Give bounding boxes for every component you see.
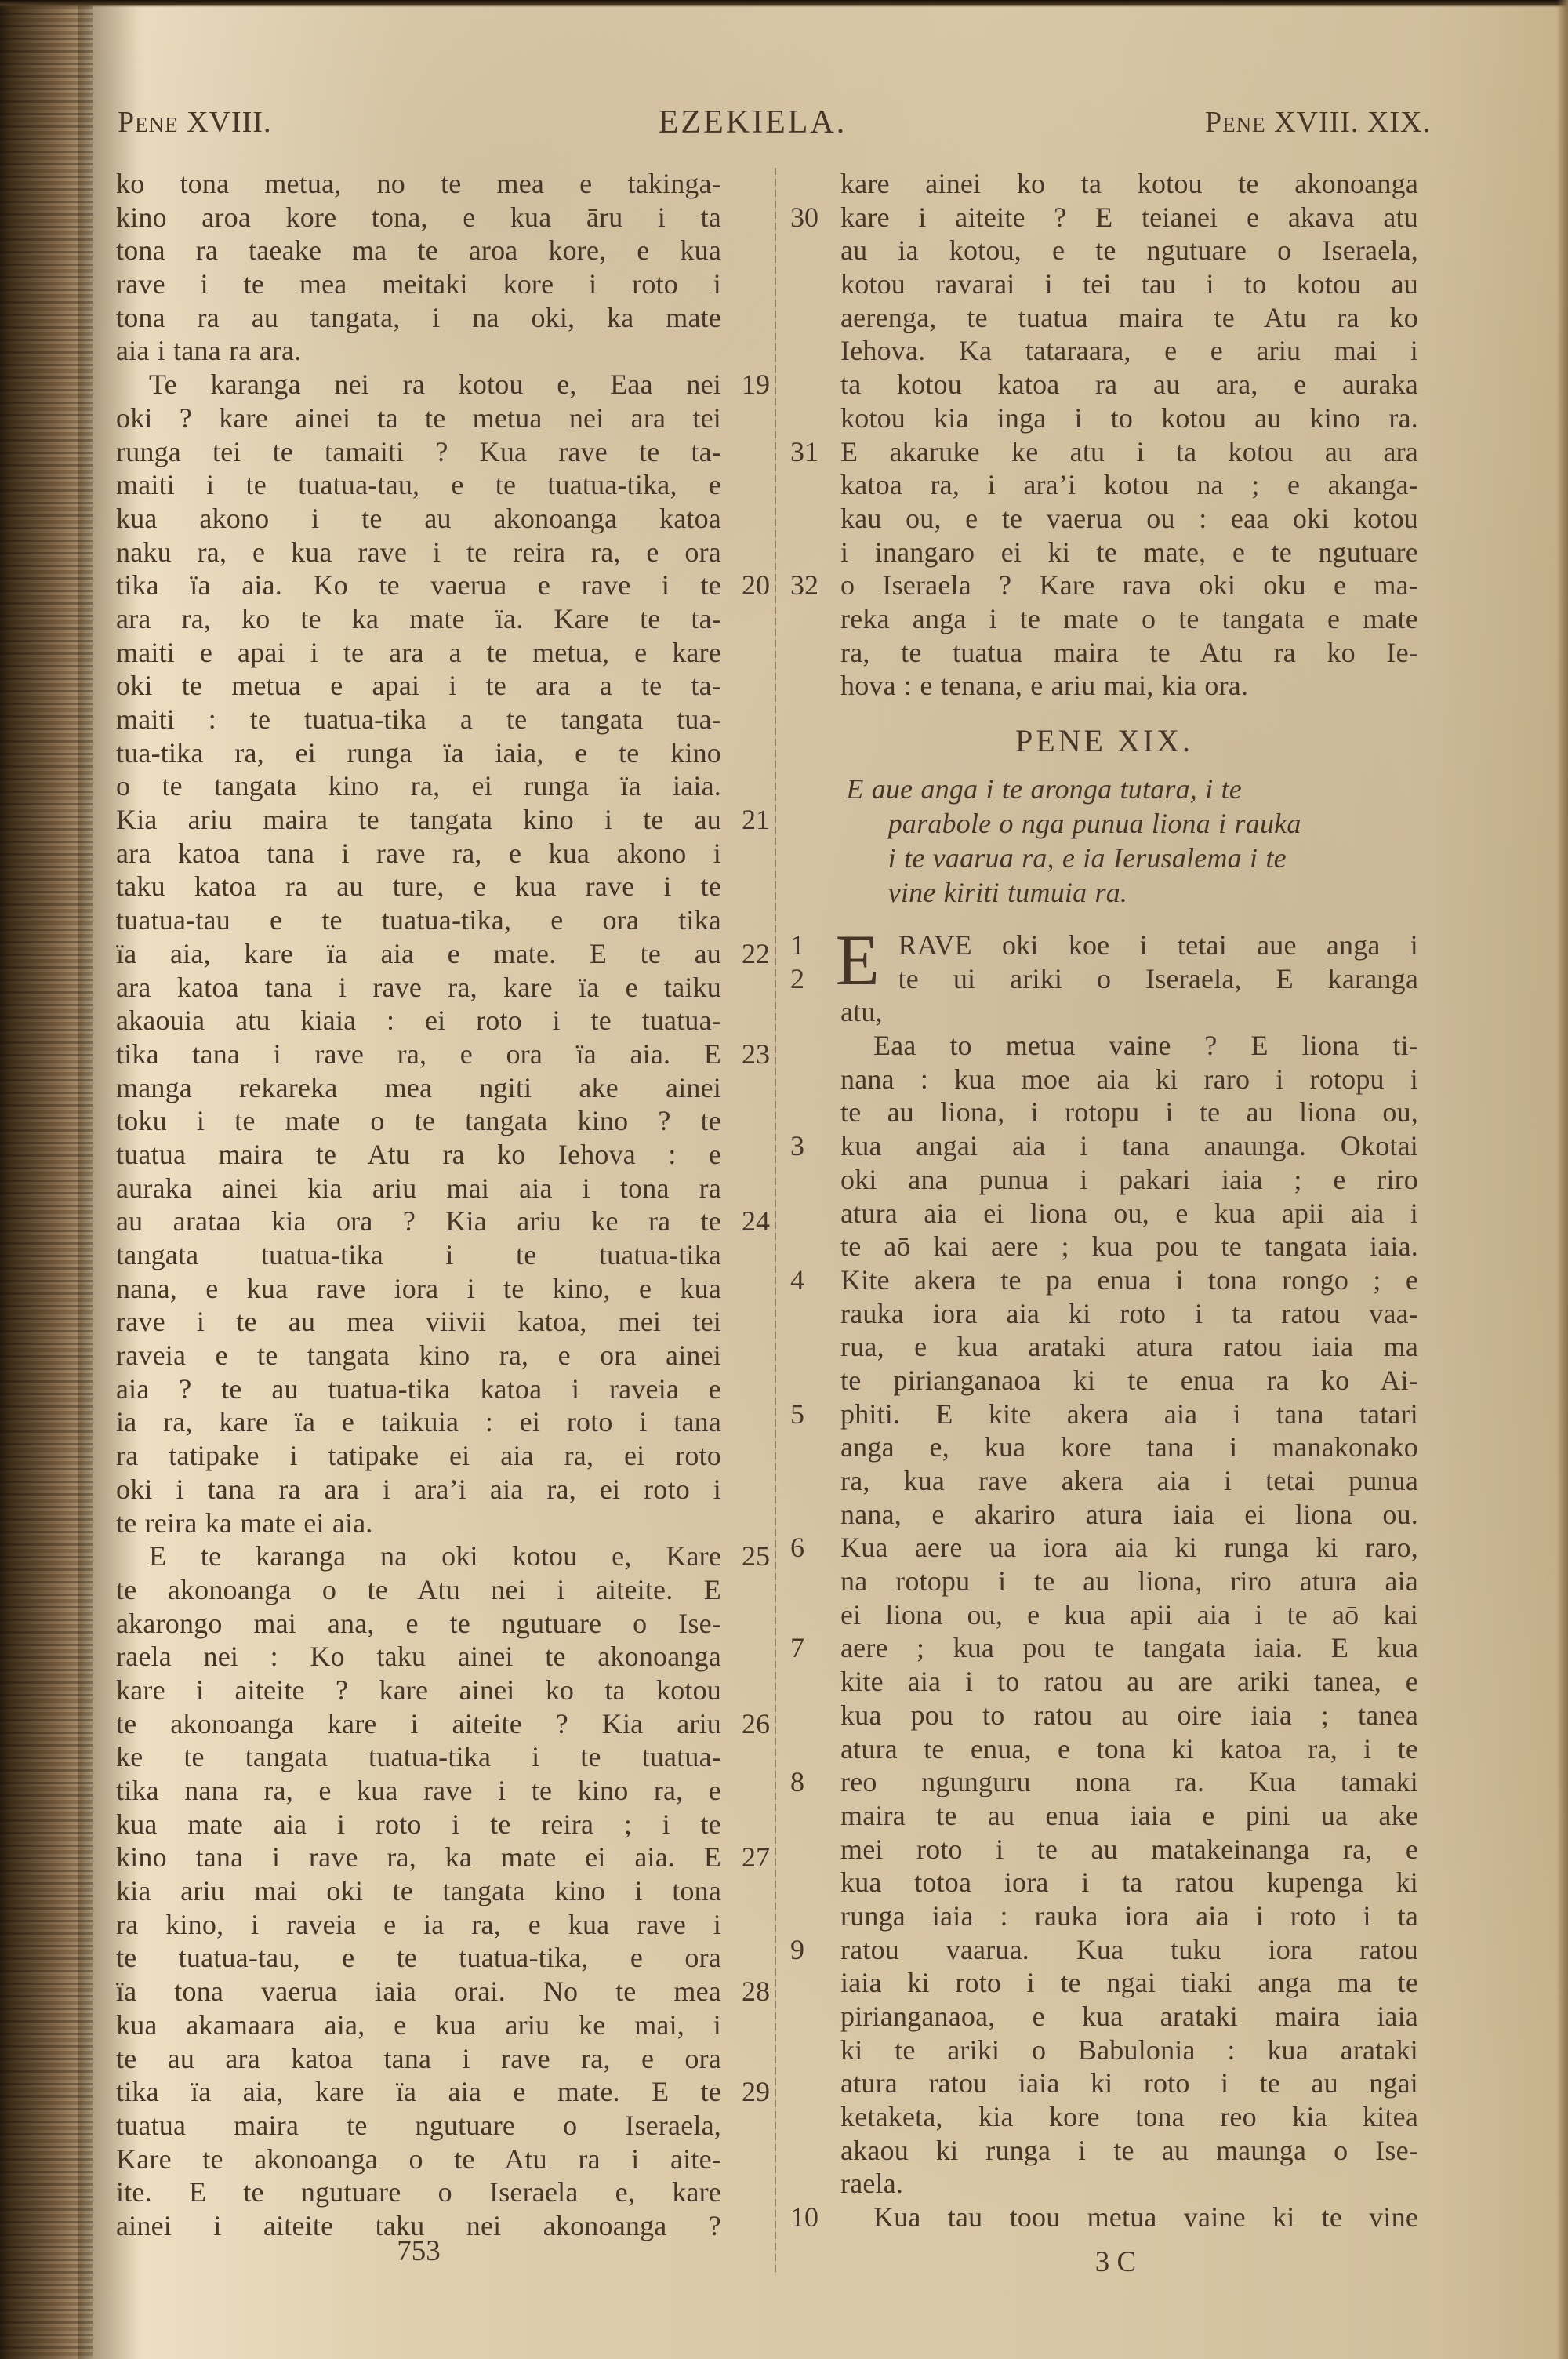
verse-text: nana, e kua rave iora i te kino, e kua (116, 1272, 721, 1306)
text-line: maiti e apai i te ara a te metua, e kare (116, 636, 770, 670)
text-line: Iehova. Ka tataraara, e e ariu mai i (790, 334, 1418, 368)
verse-text: tuatua maira te Atu ra ko Iehova : e (116, 1138, 721, 1172)
text-line: 31E akaruke ke atu i ta kotou au ara (790, 435, 1418, 469)
text-line: oki i tana ra ara i ara’i aia ra, ei rot… (116, 1473, 770, 1507)
running-head-left: Pene XVIII. (118, 102, 271, 143)
text-line: raveia e te tangata kino ra, e ora ainei (116, 1339, 770, 1372)
verse-text: ïa tona vaerua iaia orai. No te mea (116, 1975, 721, 2008)
verse-number (721, 1439, 770, 1473)
column-divider-rule (775, 168, 776, 2276)
verse-text: kino tana i rave ra, ka mate ei aia. E (116, 1841, 721, 1874)
text-line: raela. (790, 2167, 1418, 2201)
verse-number (790, 1330, 840, 1364)
verse-number (790, 234, 840, 267)
verse-number (721, 669, 770, 703)
verse-number (721, 267, 770, 301)
verse-text: ite. E te ngutuare o Iseraela e, kare (116, 2175, 721, 2209)
verse-text: kare i aiteite ? kare ainei ko ta kotou (116, 1674, 721, 1707)
verse-number (790, 402, 840, 435)
spacer (790, 910, 1418, 929)
text-line: parabole o nga punua liona i rauka (790, 806, 1418, 841)
text-line: tika tana i rave ra, e ora ïa aia. E23 (116, 1038, 770, 1071)
text-line: ara katoa tana i rave ra, kare ïa e taik… (116, 971, 770, 1005)
text-line: te tuatua-tau, e te tuatua-tika, e ora (116, 1941, 770, 1975)
verse-text: tangata tuatua-tika i te tuatua-tika (116, 1238, 721, 1272)
text-line: 32o Iseraela ? Kare rava oki oku e ma- (790, 569, 1418, 602)
verse-number (721, 334, 770, 368)
verse-number: 7 (790, 1631, 840, 1665)
verse-text: maiti : te tuatua-tika a te tangata tua- (116, 703, 721, 736)
verse-text: kotou ravarai i tei tau i to kotou au (840, 267, 1418, 301)
verse-text: Kare te akonoanga o te Atu ra i aite- (116, 2143, 721, 2176)
text-line: 6Kua aere ua iora aia ki runga ki raro, (790, 1531, 1418, 1565)
text-line: kia ariu mai oki te tangata kino i tona (116, 1874, 770, 1908)
text-line: ra kino, i raveia e ia ra, e kua rave i (116, 1908, 770, 1942)
verse-number: 3 (790, 1129, 840, 1163)
verse-text: i inangaro ei ki te mate, e te ngutuare (840, 536, 1418, 569)
text-line: 5phiti. E kite akera aia i tana tatari (790, 1398, 1418, 1431)
verse-text: Kua aere ua iora aia ki runga ki raro, (840, 1531, 1418, 1565)
text-line: 30kare i aiteite ? E teianei e akava atu (790, 201, 1418, 234)
verse-text: ara katoa tana i rave ra, e kua akono i (116, 837, 721, 871)
verse-text: ketaketa, kia kore tona reo kia kitea (840, 2100, 1418, 2134)
verse-number (790, 2000, 840, 2034)
verse-number (790, 1297, 840, 1331)
text-line: runga iaia : rauka iora aia i roto i ta (790, 1899, 1418, 1933)
verse-text: na rotopu i te au liona, riro atura aia (840, 1565, 1418, 1598)
verse-number (721, 167, 770, 201)
verse-text: te akonoanga o te Atu nei i aiteite. E (116, 1573, 721, 1607)
text-line: rauka iora aia ki roto i ta ratou vaa- (790, 1297, 1418, 1331)
text-line: te akonoanga o te Atu nei i aiteite. E (116, 1573, 770, 1607)
text-line: Kare te akonoanga o te Atu ra i aite- (116, 2143, 770, 2176)
verse-number: 21 (721, 803, 770, 837)
verse-number (721, 769, 770, 803)
verse-text: ra tatipake i tatipake ei aia ra, ei rot… (116, 1439, 721, 1473)
verse-text: maiti i te tuatua-tau, e te tuatua-tika,… (116, 468, 721, 502)
verse-text: kia ariu mai oki te tangata kino i tona (116, 1874, 721, 1908)
verse-number: 23 (721, 1038, 770, 1071)
verse-number: 31 (790, 435, 840, 469)
verse-text: atura ratou iaia ki roto i te au ngai (840, 2066, 1418, 2100)
verse-number (790, 536, 840, 569)
verse-number (721, 2008, 770, 2042)
verse-text: te au liona, i rotopu i te au liona ou, (840, 1096, 1418, 1129)
verse-text: E akaruke ke atu i ta kotou au ara (840, 435, 1418, 469)
verse-text: aia i tana ra ara. (116, 334, 721, 368)
text-line: runga tei te tamaiti ? Kua rave te ta- (116, 435, 770, 469)
text-line: nana, e akariro atura iaia ei liona ou. (790, 1498, 1418, 1532)
verse-number (790, 1799, 840, 1833)
verse-number (721, 1473, 770, 1507)
verse-number (790, 468, 840, 502)
verse-text: rauka iora aia ki roto i ta ratou vaa- (840, 1297, 1418, 1331)
text-line: tona ra taeake ma te aroa kore, e kua (116, 234, 770, 267)
verse-number (790, 1163, 840, 1197)
verse-number (721, 703, 770, 736)
text-line: manga rekareka mea ngiti ake ainei (116, 1071, 770, 1105)
text-line: tuatua-tau e te tuatua-tika, e ora tika (116, 903, 770, 937)
verse-number (790, 806, 837, 841)
verse-text: kino aroa kore tona, e kua āru i ta (116, 201, 721, 234)
verse-number (721, 468, 770, 502)
text-line: au ia kotou, e te ngutuare o Iseraela, (790, 234, 1418, 267)
verse-number (721, 402, 770, 435)
verse-text: nana, e akariro atura iaia ei liona ou. (840, 1498, 1418, 1532)
verse-text: te akonoanga kare i aiteite ? Kia ariu (116, 1707, 721, 1741)
verse-number (790, 1464, 840, 1498)
verse-number (721, 1908, 770, 1942)
text-line: aerenga, te tuatua maira te Atu ra ko (790, 301, 1418, 335)
text-line: kare ainei ko ta kotou te akonoanga (790, 167, 1418, 201)
text-line: atura aia ei liona ou, e kua apii aia i (790, 1197, 1418, 1230)
verse-text: o te tangata kino ra, ei runga ïa iaia. (116, 769, 721, 803)
verse-text: ara katoa tana i rave ra, kare ïa e taik… (116, 971, 721, 1005)
text-line: pirianganaoa, e kua arataki maira iaia (790, 2000, 1418, 2034)
verse-number (790, 1197, 840, 1230)
verse-number (721, 201, 770, 234)
verse-text: au ia kotou, e te ngutuare o Iseraela, (840, 234, 1418, 267)
verse-number (721, 602, 770, 636)
verse-text: ra, te tuatua maira te Atu ra ko Ie- (840, 636, 1418, 670)
verse-number: 30 (790, 201, 840, 234)
verse-text: pirianganaoa, e kua arataki maira iaia (840, 2000, 1418, 2034)
verse-text: ïa aia, kare ïa aia e mate. E te au (116, 937, 721, 971)
verse-text: E aue anga i te aronga tutara, i te (840, 772, 1418, 806)
text-line: ïa aia, kare ïa aia e mate. E te au22 (116, 937, 770, 971)
verse-number (790, 368, 840, 402)
text-line: na rotopu i te au liona, riro atura aia (790, 1565, 1418, 1598)
verse-number (721, 1071, 770, 1105)
verse-text: kare i aiteite ? E teianei e akava atu (840, 201, 1418, 234)
verse-text: tua-tika ra, ei runga ïa iaia, e te kino (116, 736, 721, 770)
running-head-right: Pene XVIII. XIX. (937, 102, 1431, 143)
text-line: 1RAVE oki koe i tetai aue anga iE (790, 929, 1418, 962)
verse-number: 22 (721, 937, 770, 971)
text-line: oki ana punua i pakari iaia ; e riro (790, 1163, 1418, 1197)
verse-number (790, 1966, 840, 2000)
verse-number (790, 669, 840, 703)
verse-text: Kua tau toou metua vaine ki te vine (840, 2201, 1418, 2234)
verse-number (790, 875, 837, 910)
verse-text: ke te tangata tuatua-tika i te tuatua- (116, 1740, 721, 1774)
verse-number (790, 1866, 840, 1899)
verse-text: kite aia i to ratou au are ariki tanea, … (840, 1665, 1418, 1699)
text-line: oki te metua e apai i te ara a te ta- (116, 669, 770, 703)
text-line: E te karanga na oki kotou e, Kare25 (116, 1539, 770, 1573)
verse-number (790, 2167, 840, 2201)
verse-text: taku katoa ra au ture, e kua rave i te (116, 870, 721, 903)
text-line: te pirianganaoa ki te enua ra ko Ai- (790, 1364, 1418, 1398)
verse-number (721, 1272, 770, 1306)
verse-text: te pirianganaoa ki te enua ra ko Ai- (840, 1364, 1418, 1398)
verse-text: raela nei : Ko taku ainei te akonoanga (116, 1640, 721, 1674)
verse-text: runga iaia : rauka iora aia i roto i ta (840, 1899, 1418, 1933)
verse-number: 1 (790, 929, 836, 962)
text-line: hova : e tenana, e ariu mai, kia ora. (790, 669, 1418, 703)
text-line: ki te ariki o Babulonia : kua arataki (790, 2034, 1418, 2067)
verse-text: aia ? te au tuatua-tika katoa i raveia e (116, 1372, 721, 1406)
verse-number (790, 1565, 840, 1598)
verse-number (790, 2134, 840, 2168)
text-line: tika nana ra, e kua rave i te kino ra, e (116, 1774, 770, 1808)
verse-number (721, 1740, 770, 1774)
verse-text: atura aia ei liona ou, e kua apii aia i (840, 1197, 1418, 1230)
verse-text: kare ainei ko ta kotou te akonoanga (840, 167, 1418, 201)
verse-text: hova : e tenana, e ariu mai, kia ora. (840, 669, 1418, 703)
text-line: raela nei : Ko taku ainei te akonoanga (116, 1640, 770, 1674)
verse-number (721, 1004, 770, 1038)
verse-number (790, 167, 840, 201)
text-line: anga e, kua kore tana i manakonako (790, 1430, 1418, 1464)
verse-text: oki ana punua i pakari iaia ; e riro (840, 1163, 1418, 1197)
text-line: te au liona, i rotopu i te au liona ou, (790, 1096, 1418, 1129)
verse-text: iaia ki roto i te ngai tiaki anga ma te (840, 1966, 1418, 2000)
text-line: akaou ki runga i te au maunga o Ise- (790, 2134, 1418, 2168)
verse-number (721, 1941, 770, 1975)
verse-text: ara ra, ko te ka mate ïa. Kare te ta- (116, 602, 721, 636)
verse-number: 6 (790, 1531, 840, 1565)
text-line: ko tona metua, no te mea e takinga- (116, 167, 770, 201)
verse-number: 29 (721, 2075, 770, 2109)
verse-number (790, 841, 837, 875)
verse-text: kotou kia inga i to kotou au kino ra. (840, 402, 1418, 435)
text-line: kite aia i to ratou au are ariki tanea, … (790, 1665, 1418, 1699)
text-line: 2te ui ariki o Iseraela, E karanga (790, 962, 1418, 996)
text-line: Te karanga nei ra kotou e, Eaa nei19 (116, 368, 770, 402)
verse-text: atu, (840, 995, 1418, 1029)
text-line: mei roto i te au matakeinanga ra, e (790, 1833, 1418, 1866)
verse-text: ratou vaarua. Kua tuku iora ratou (840, 1933, 1418, 1967)
verse-text: nana : kua moe aia ki raro i rotopu i (840, 1063, 1418, 1096)
verse-number: 20 (721, 569, 770, 602)
text-line: 9ratou vaarua. Kua tuku iora ratou (790, 1933, 1418, 1967)
verse-text: maira te au enua iaia e pini ua ake (840, 1799, 1418, 1833)
verse-number (721, 435, 770, 469)
verse-text: ki te ariki o Babulonia : kua arataki (840, 2034, 1418, 2067)
text-line: atura te enua, e tona ki katoa ra, i te (790, 1732, 1418, 1766)
verse-text: aerenga, te tuatua maira te Atu ra ko (840, 301, 1418, 335)
text-line: kau ou, e te vaerua ou : eaa oki kotou (790, 502, 1418, 536)
verse-text: tuatua maira te ngutuare o Iseraela, (116, 2109, 721, 2143)
text-line: o te tangata kino ra, ei runga ïa iaia. (116, 769, 770, 803)
verse-number (790, 602, 840, 636)
text-line: 7aere ; kua pou te tangata iaia. E kua (790, 1631, 1418, 1665)
verse-text: Iehova. Ka tataraara, e e ariu mai i (840, 334, 1418, 368)
text-line: 8reo ngunguru nona ra. Kua tamaki (790, 1765, 1418, 1799)
text-line: iaia ki roto i te ngai tiaki anga ma te (790, 1966, 1418, 2000)
verse-text: tika ïa aia. Ko te vaerua e rave i te (116, 569, 721, 602)
verse-number (790, 1430, 840, 1464)
verse-number (721, 903, 770, 937)
text-line: tangata tuatua-tika i te tuatua-tika (116, 1238, 770, 1272)
verse-number: 8 (790, 1765, 840, 1799)
verse-number (721, 1238, 770, 1272)
verse-number: 32 (790, 569, 840, 602)
text-line: Eaa to metua vaine ? E liona ti- (790, 1029, 1418, 1063)
text-line: i inangaro ei ki te mate, e te ngutuare (790, 536, 1418, 569)
verse-text: tika ïa aia, kare ïa aia e mate. E te (116, 2075, 721, 2109)
verse-text: tuatua-tau e te tuatua-tika, e ora tika (116, 903, 721, 937)
verse-number (721, 1138, 770, 1172)
text-line: kotou ravarai i tei tau i to kotou au (790, 267, 1418, 301)
verse-text: rave i te au mea viivii katoa, mei tei (116, 1305, 721, 1339)
scan-top-edge (0, 0, 1568, 7)
verse-text: naku ra, e kua rave i te reira ra, e ora (116, 536, 721, 569)
text-line: ta kotou katoa ra au ara, e auraka (790, 368, 1418, 402)
scan-right-edge (1557, 0, 1568, 2359)
text-line: rave i te mea meitaki kore i roto i (116, 267, 770, 301)
verse-text: kua akamaara aia, e kua ariu ke mai, i (116, 2008, 721, 2042)
verse-text: reka anga i te mate o te tangata e mate (840, 602, 1418, 636)
verse-number: 4 (790, 1263, 840, 1297)
text-line: te aō kai aere ; kua pou te tangata iaia… (790, 1230, 1418, 1263)
verse-number (721, 971, 770, 1005)
text-line: te au ara katoa tana i rave ra, e ora (116, 2042, 770, 2076)
text-line: rave i te au mea viivii katoa, mei tei (116, 1305, 770, 1339)
verse-number: 10 (790, 2201, 840, 2234)
text-line: ia ra, kare ïa e taikuia : ei roto i tan… (116, 1405, 770, 1439)
text-line: tua-tika ra, ei runga ïa iaia, e te kino (116, 736, 770, 770)
verse-number (721, 2175, 770, 2209)
verse-number (721, 1674, 770, 1707)
verse-number (790, 301, 840, 335)
text-line: 4Kite akera te pa enua i tona rongo ; e (790, 1263, 1418, 1297)
verse-number (790, 772, 840, 806)
text-line: ra, kua rave akera aia i tetai punua (790, 1464, 1418, 1498)
verse-text: aere ; kua pou te tangata iaia. E kua (840, 1631, 1418, 1665)
text-line: tika ïa aia, kare ïa aia e mate. E te29 (116, 2075, 770, 2109)
text-line: kua mate aia i roto i te reira ; i te (116, 1808, 770, 1841)
verse-number (721, 1507, 770, 1540)
text-line: toku i te mate o te tangata kino ? te (116, 1104, 770, 1138)
text-line: atu, (790, 995, 1418, 1029)
verse-number: 26 (721, 1707, 770, 1741)
verse-number (721, 870, 770, 903)
verse-number (790, 1364, 840, 1398)
verse-text: toku i te mate o te tangata kino ? te (116, 1104, 721, 1138)
scanned-page: Pene XVIII. EZEKIELA. Pene XVIII. XIX. k… (0, 0, 1568, 2359)
verse-text: oki te metua e apai i te ara a te ta- (116, 669, 721, 703)
verse-number (790, 502, 840, 536)
verse-text: ra, kua rave akera aia i tetai punua (840, 1464, 1418, 1498)
verse-number: 27 (721, 1841, 770, 1874)
verse-text: akaouia atu kiaia : ei roto i te tuatua- (116, 1004, 721, 1038)
verse-number (721, 1640, 770, 1674)
text-line: reka anga i te mate o te tangata e mate (790, 602, 1418, 636)
verse-number (721, 2209, 770, 2243)
text-line: i te vaarua ra, e ia Ierusalema i te (790, 841, 1418, 875)
text-line: kino aroa kore tona, e kua āru i ta (116, 201, 770, 234)
verse-text: Kite akera te pa enua i tona rongo ; e (840, 1263, 1418, 1297)
text-line: ra, te tuatua maira te Atu ra ko Ie- (790, 636, 1418, 670)
text-line: maira te au enua iaia e pini ua ake (790, 1799, 1418, 1833)
text-line: akarongo mai ana, e te ngutuare o Ise- (116, 1607, 770, 1641)
text-line: kua totoa iora i ta ratou kupenga ki (790, 1866, 1418, 1899)
text-line: katoa ra, i ara’i kotou na ; e akanga- (790, 468, 1418, 502)
text-line: ara ra, ko te ka mate ïa. Kare te ta- (116, 602, 770, 636)
verse-text: Eaa to metua vaine ? E liona ti- (840, 1029, 1418, 1063)
text-line: akaouia atu kiaia : ei roto i te tuatua- (116, 1004, 770, 1038)
verse-number (721, 636, 770, 670)
verse-number: 5 (790, 1398, 840, 1431)
verse-number (721, 1172, 770, 1205)
verse-text: oki i tana ra ara i ara’i aia ra, ei rot… (116, 1473, 721, 1507)
verse-number (790, 1665, 840, 1699)
verse-text: anga e, kua kore tana i manakonako (840, 1430, 1418, 1464)
verse-number (721, 536, 770, 569)
text-line: atura ratou iaia ki roto i te au ngai (790, 2066, 1418, 2100)
text-line: ketaketa, kia kore tona reo kia kitea (790, 2100, 1418, 2134)
verse-number: 25 (721, 1539, 770, 1573)
text-line: tona ra au tangata, i na oki, ka mate (116, 301, 770, 335)
verse-text: kua pou to ratou au oire iaia ; tanea (840, 1699, 1418, 1732)
text-line: tika ïa aia. Ko te vaerua e rave i te20 (116, 569, 770, 602)
verse-number (790, 1598, 840, 1632)
verse-text: oki ? kare ainei ta te metua nei ara tei (116, 402, 721, 435)
text-line: naku ra, e kua rave i te reira ra, e ora (116, 536, 770, 569)
page-number: 753 (116, 2234, 721, 2270)
verse-text: RAVE oki koe i tetai aue anga iE (836, 929, 1418, 962)
verse-number (790, 2034, 840, 2067)
verse-number (721, 1339, 770, 1372)
text-line: kotou kia inga i to kotou au kino ra. (790, 402, 1418, 435)
text-line: kua pou to ratou au oire iaia ; tanea (790, 1699, 1418, 1732)
verse-number (790, 267, 840, 301)
verse-text: te reira ka mate ei aia. (116, 1507, 721, 1540)
verse-number (721, 301, 770, 335)
verse-text: o Iseraela ? Kare rava oki oku e ma- (840, 569, 1418, 602)
verse-number (721, 837, 770, 871)
verse-text: i te vaarua ra, e ia Ierusalema i te (837, 841, 1418, 875)
verse-text: auraka ainei kia ariu mai aia i tona ra (116, 1172, 721, 1205)
verse-number (721, 234, 770, 267)
verse-number (721, 2143, 770, 2176)
text-line: vine kiriti tumuia ra. (790, 875, 1418, 910)
chapter-heading: PENE XIX. (790, 720, 1418, 762)
verse-text: rave i te mea meitaki kore i roto i (116, 267, 721, 301)
verse-number: 19 (721, 368, 770, 402)
text-line: rua, e kua arataki atura ratou iaia ma (790, 1330, 1418, 1364)
verse-number: 28 (721, 1975, 770, 2008)
text-line: maiti : te tuatua-tika a te tangata tua- (116, 703, 770, 736)
verse-text: ei liona ou, e kua apii aia i te aō kai (840, 1598, 1418, 1632)
verse-text: runga tei te tamaiti ? Kua rave te ta- (116, 435, 721, 469)
text-line: au arataa kia ora ? Kia ariu ke ra te24 (116, 1205, 770, 1238)
verse-number (721, 1607, 770, 1641)
verse-number (790, 1230, 840, 1263)
printers-signature-mark: 3 C (790, 2245, 1441, 2281)
verse-text: tona ra au tangata, i na oki, ka mate (116, 301, 721, 335)
text-line: ke te tangata tuatua-tika i te tuatua- (116, 1740, 770, 1774)
text-line: ei liona ou, e kua apii aia i te aō kai (790, 1598, 1418, 1632)
text-line: aia i tana ra ara. (116, 334, 770, 368)
verse-text: rua, e kua arataki atura ratou iaia ma (840, 1330, 1418, 1364)
verse-number (721, 1305, 770, 1339)
text-line: kua akono i te au akonoanga katoa (116, 502, 770, 536)
verse-text: vine kiriti tumuia ra. (837, 875, 1418, 910)
verse-text: akarongo mai ana, e te ngutuare o Ise- (116, 1607, 721, 1641)
verse-text: te ui ariki o Iseraela, E karanga (836, 962, 1418, 996)
running-head-book-title: EZEKIELA. (549, 102, 956, 143)
text-line: 3kua angai aia i tana anaunga. Okotai (790, 1129, 1418, 1163)
text-line: nana : kua moe aia ki raro i rotopu i (790, 1063, 1418, 1096)
verse-number (721, 1573, 770, 1607)
verse-text: te au ara katoa tana i rave ra, e ora (116, 2042, 721, 2076)
text-line: ra tatipake i tatipake ei aia ra, ei rot… (116, 1439, 770, 1473)
text-line: tuatua maira te ngutuare o Iseraela, (116, 2109, 770, 2143)
verse-number (721, 502, 770, 536)
